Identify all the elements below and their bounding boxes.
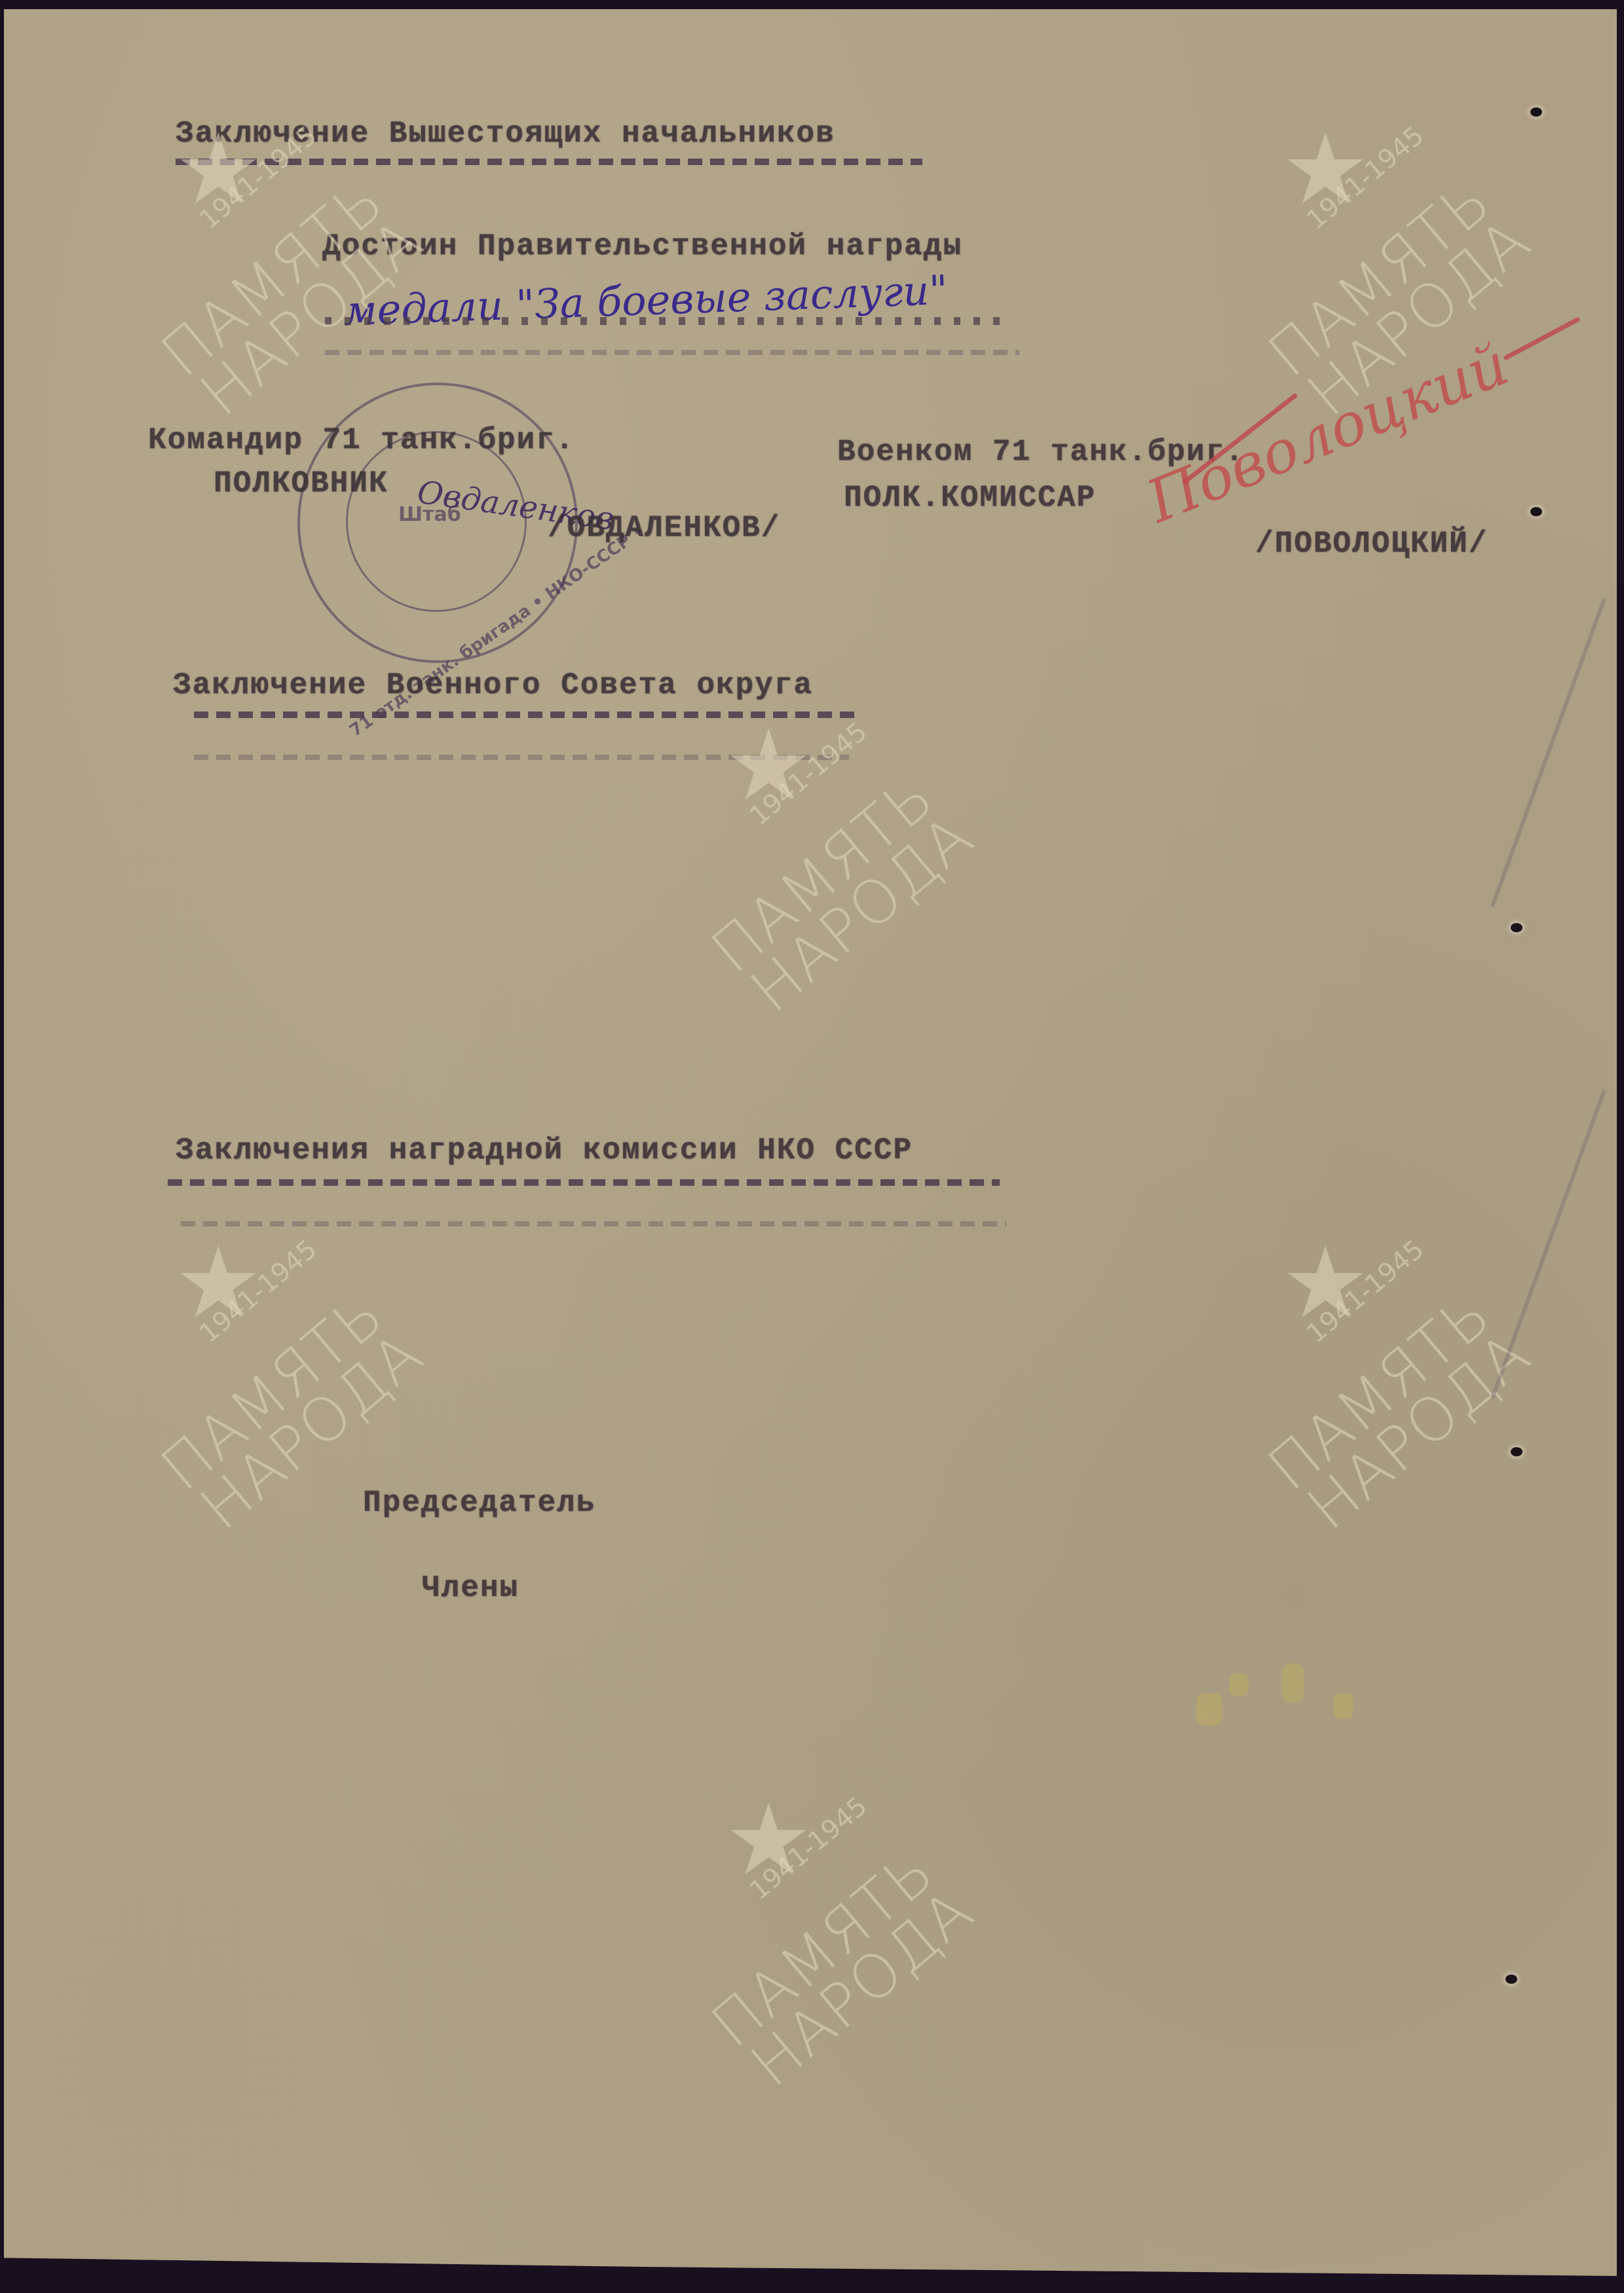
commissar-rank: ПОЛК.КОМИССАР: [844, 481, 1096, 515]
ink-smudge: [1196, 1693, 1222, 1726]
watermark-years: 1941-1945: [744, 717, 873, 831]
watermark-line2: НАРОДА: [738, 1876, 987, 2100]
punch-hole: [1530, 107, 1542, 117]
commander-name: /ОВДАЛЕНКОВ/: [548, 511, 780, 545]
watermark-years: 1941-1945: [1301, 121, 1430, 235]
pencil-mark: [1490, 598, 1606, 907]
superiors-heading-underline: [176, 159, 922, 165]
watermark-years: 1941-1945: [194, 1234, 323, 1349]
award-commission-underline: [168, 1179, 1000, 1186]
watermark-line1: ПАМЯТЬ: [1255, 1279, 1504, 1504]
watermark-line1: ПАМЯТЬ: [148, 1279, 397, 1504]
commissar-signature: Поволоцкий: [1138, 330, 1518, 537]
document-page: Заключение Вышестоящих начальников Досто…: [4, 9, 1617, 2276]
superiors-heading: Заключение Вышестоящих начальников: [176, 117, 835, 151]
punch-hole: [1530, 507, 1542, 516]
military-council-heading: Заключение Военного Совета округа: [173, 668, 813, 702]
commander-title: Командир 71 танк.бриг.: [148, 423, 575, 457]
watermark-years: 1941-1945: [744, 1791, 873, 1906]
chairman-label: Председатель: [363, 1486, 595, 1520]
military-council-underline: [194, 711, 862, 718]
verdict-typed: Достоин Правительственной награды: [322, 229, 962, 263]
ink-smudge: [1229, 1673, 1249, 1696]
award-commission-heading: Заключения наградной комиссии НКО СССР: [176, 1133, 913, 1167]
punch-hole: [1505, 1975, 1517, 1984]
watermark-line1: ПАМЯТЬ: [148, 166, 397, 390]
watermark-years: 1941-1945: [1301, 1234, 1430, 1349]
watermark-star-icon: ★: [174, 1234, 262, 1333]
pencil-mark: [1490, 1090, 1606, 1399]
watermark-star-icon: ★: [1281, 121, 1369, 219]
watermark-star-icon: ★: [1281, 1234, 1369, 1333]
award-commission-faint-line: [181, 1221, 1006, 1226]
watermark-line1: ПАМЯТЬ: [698, 1836, 947, 2061]
commander-rank: ПОЛКОВНИК: [214, 466, 388, 501]
punch-hole: [1511, 1447, 1522, 1456]
watermark-line1: ПАМЯТЬ: [698, 762, 947, 987]
watermark-line2: НАРОДА: [738, 801, 987, 1026]
watermark: ★ 1941-1945 ПАМЯТЬ НАРОДА: [148, 1234, 423, 1509]
watermark-star-icon: ★: [725, 717, 812, 815]
punch-hole: [1511, 923, 1522, 932]
watermark: ★ 1941-1945 ПАМЯТЬ НАРОДА: [1255, 1234, 1530, 1509]
red-pencil-stroke: [1503, 316, 1580, 360]
ink-smudge: [1281, 1663, 1304, 1703]
watermark: ★ 1941-1945 ПАМЯТЬ НАРОДА: [698, 1791, 973, 2066]
military-council-faint-line: [194, 755, 849, 760]
verdict-dotted-line: [325, 317, 1000, 325]
commissar-name: /ПОВОЛОЦКИЙ/: [1255, 527, 1488, 561]
ink-smudge: [1334, 1693, 1353, 1719]
watermark-star-icon: ★: [725, 1791, 812, 1889]
members-label: Члены: [422, 1571, 519, 1605]
verdict-faint-line: [325, 350, 1019, 355]
